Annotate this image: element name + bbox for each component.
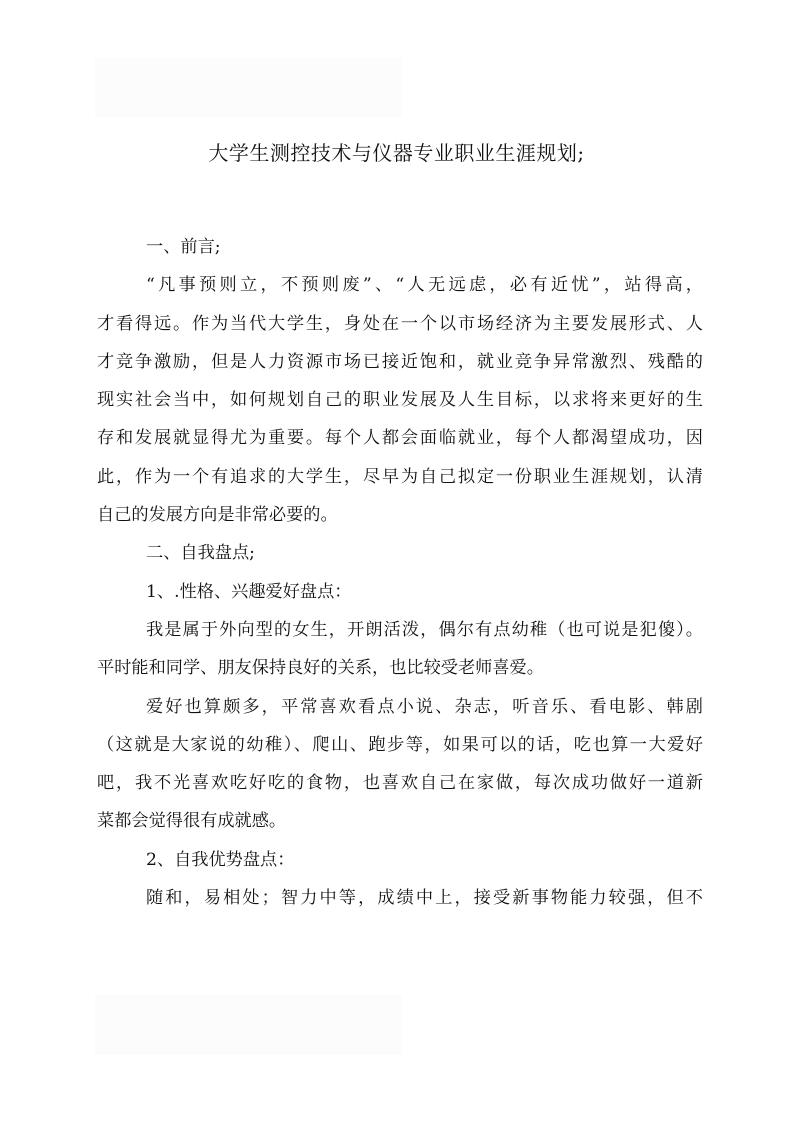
page-header-area — [95, 58, 402, 117]
text-line: 才竞争激励，但是人力资源市场已接近饱和，就业竞争异常激烈、残酷的 — [97, 343, 703, 381]
text-line: 平时能和同学、朋友保持良好的关系，也比较受老师喜爱。 — [97, 649, 703, 687]
text-line: 自己的发展方向是非常必要的。 — [97, 496, 703, 534]
text-line: 此，作为一个有追求的大学生，尽早为自己拟定一份职业生涯规划，认清 — [97, 458, 703, 496]
text-line: 吧，我不光喜欢吃好吃的食物，也喜欢自己在家做，每次成功做好一道新 — [97, 764, 703, 802]
subsection-heading: 2、自我优势盘点： — [97, 841, 703, 879]
text-line: 一、前言; — [97, 228, 703, 266]
text-line: 存和发展就显得尤为重要。每个人都会面临就业，每个人都渴望成功，因 — [97, 419, 703, 457]
subsection-heading: 1、.性格、兴趣爱好盘点： — [97, 573, 703, 611]
text-line: 菜都会觉得很有成就感。 — [97, 802, 703, 840]
text-line: 现实社会当中，如何规划自己的职业发展及人生目标，以求将来更好的生 — [97, 381, 703, 419]
document-body: 一、前言; “凡事预则立，不预则废”、“人无远虑，必有近忧”，站得高， 才看得远… — [97, 228, 703, 917]
document-title: 大学生测控技术与仪器专业职业生涯规划; — [0, 138, 793, 168]
text-line: 我是属于外向型的女生，开朗活泼，偶尔有点幼稚（也可说是犯傻）。 — [97, 611, 703, 649]
text-line: “凡事预则立，不预则废”、“人无远虑，必有近忧”，站得高， — [97, 266, 703, 304]
page-footer-area — [95, 995, 402, 1055]
text-line: （这就是大家说的幼稚）、爬山、跑步等，如果可以的话，吃也算一大爱好 — [97, 726, 703, 764]
text-line: 才看得远。作为当代大学生，身处在一个以市场经济为主要发展形式、人 — [97, 305, 703, 343]
text-line: 爱好也算颇多，平常喜欢看点小说、杂志，听音乐、看电影、韩剧 — [97, 688, 703, 726]
section-heading: 二、自我盘点; — [97, 534, 703, 572]
text-line: 随和，易相处；智力中等，成绩中上，接受新事物能力较强，但不 — [97, 879, 703, 917]
